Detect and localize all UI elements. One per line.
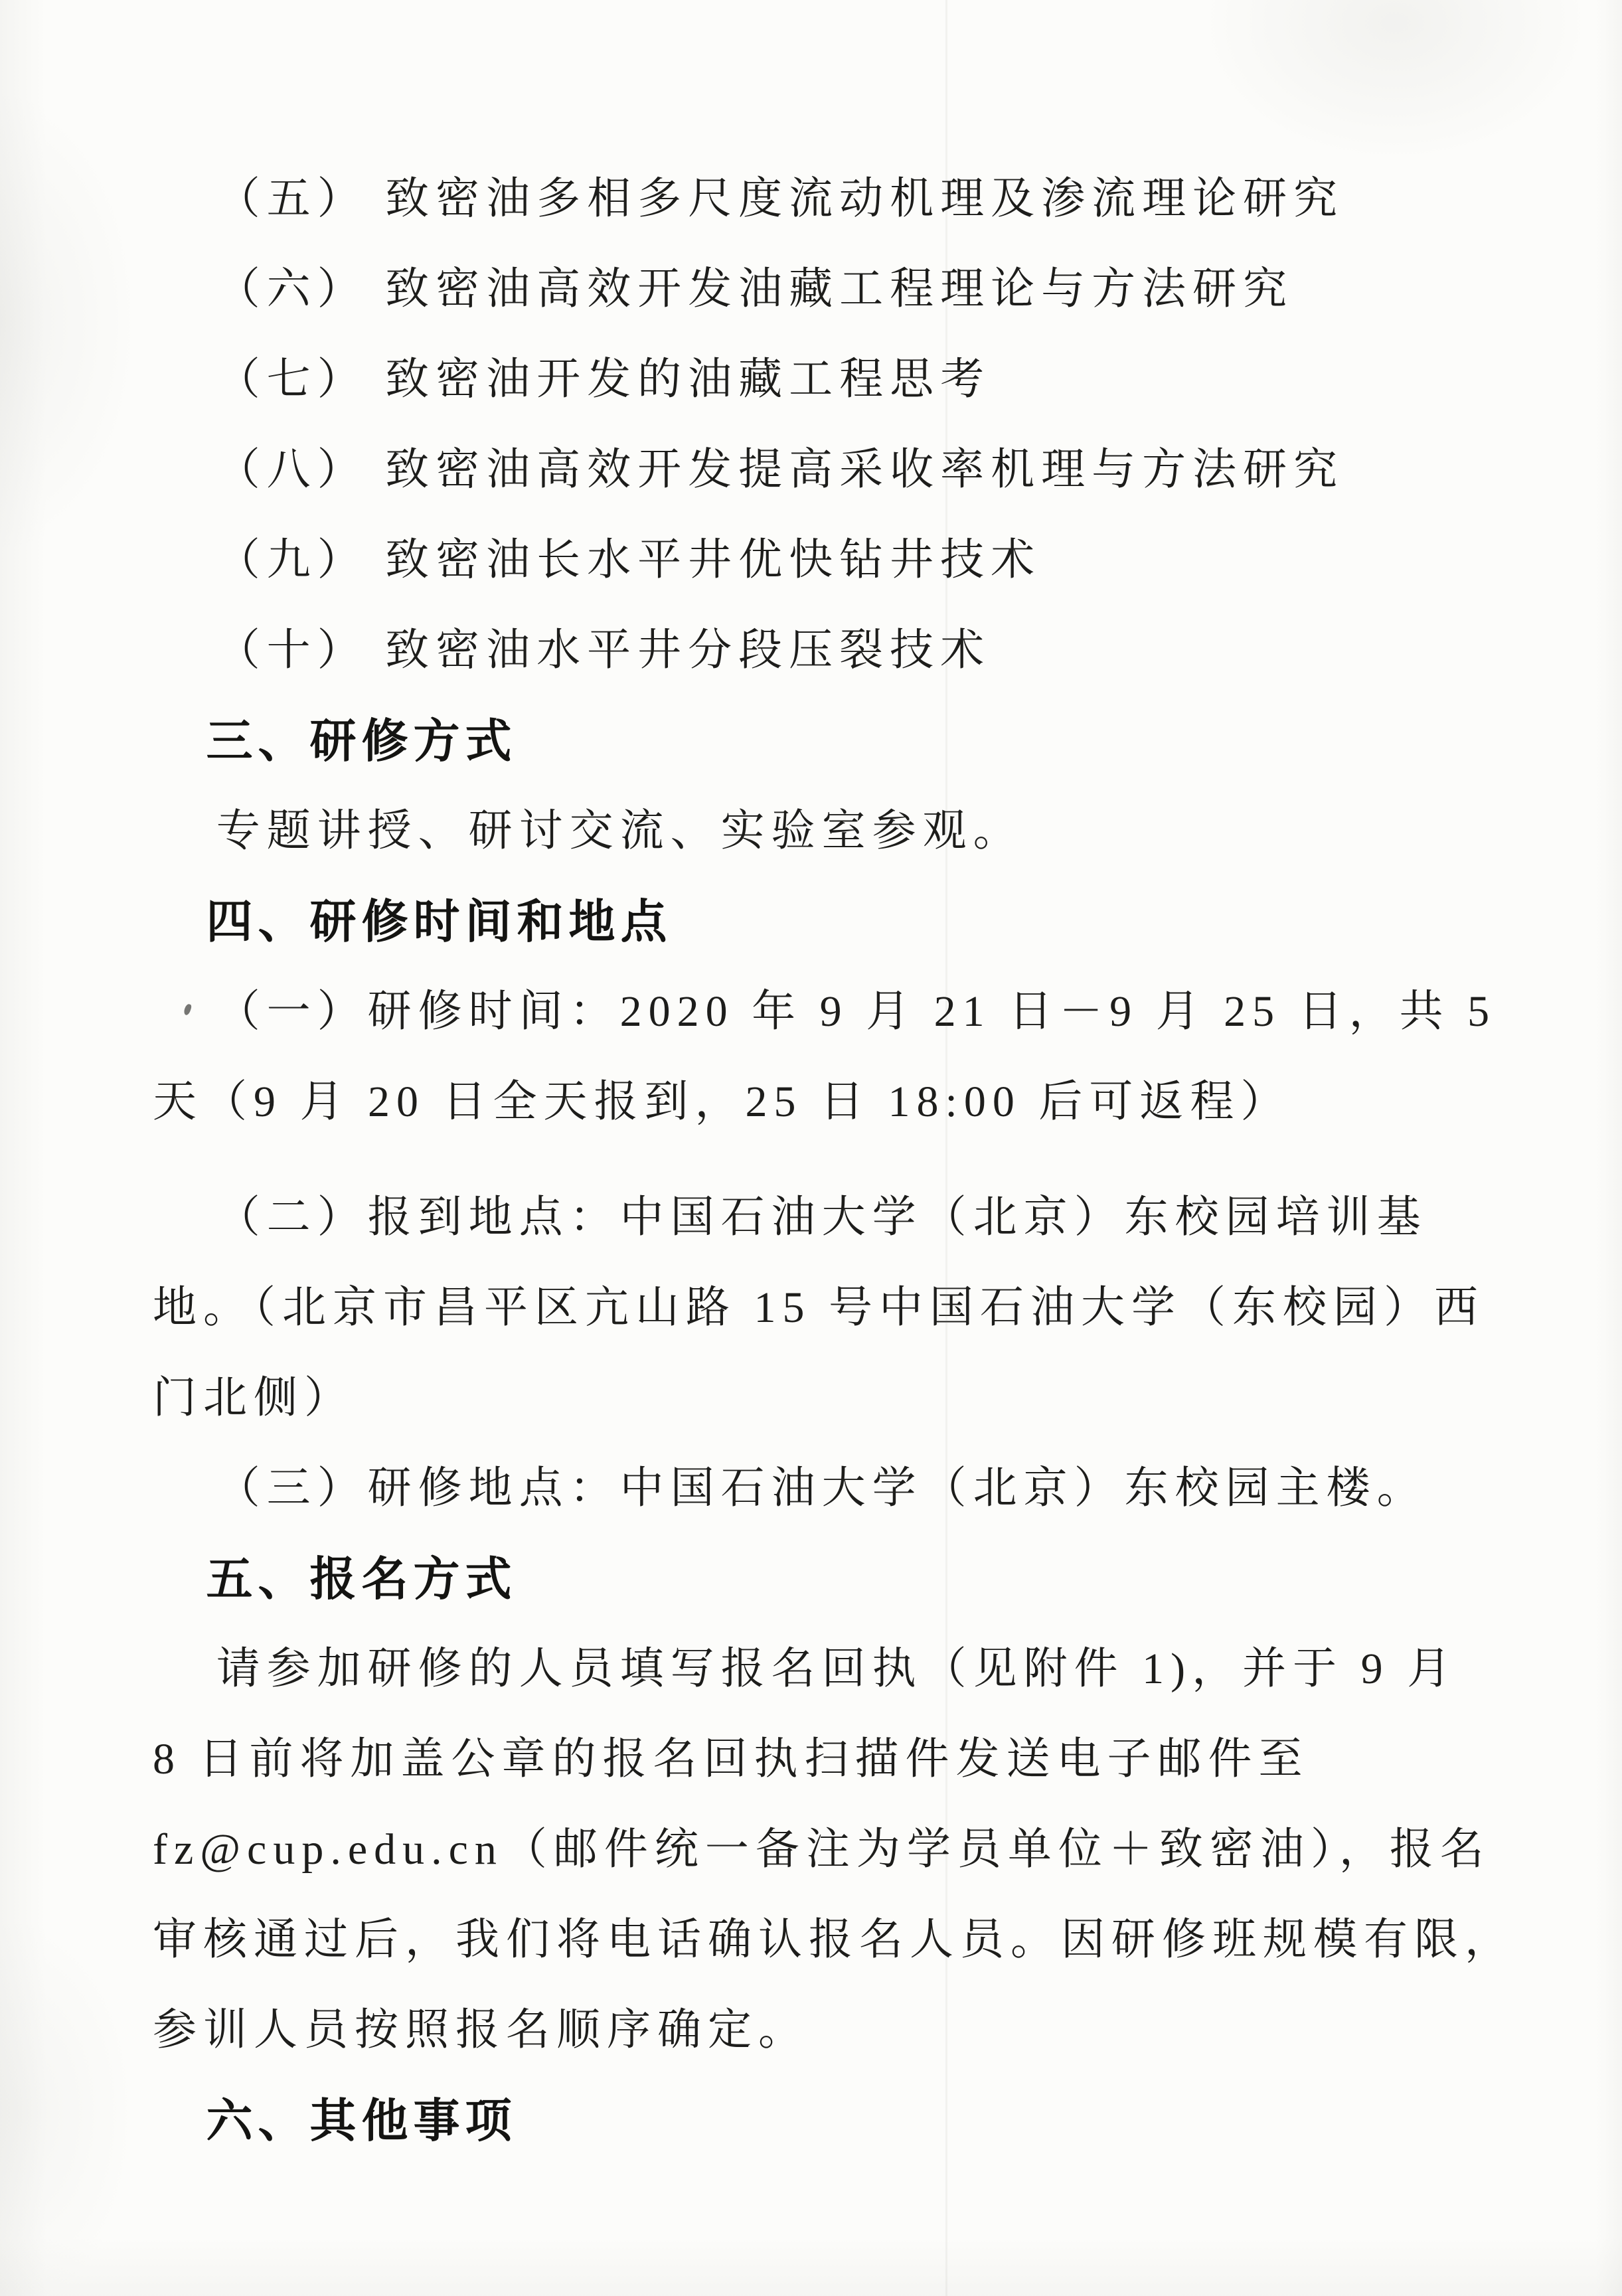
document-body: （五） 致密油多相多尺度流动机理及渗流理论研究 （六） 致密油高效开发油藏工程理… bbox=[153, 154, 1522, 2166]
topic-item-7: （七） 致密油开发的油藏工程思考 bbox=[153, 335, 1522, 425]
signup-paragraph-line-1: 请参加研修的人员填写报名回执（见附件 1)，并于 9 月 bbox=[153, 1624, 1522, 1714]
topic-item-6: （六） 致密油高效开发油藏工程理论与方法研究 bbox=[153, 244, 1522, 335]
topic-item-10: （十） 致密油水平井分段压裂技术 bbox=[153, 606, 1522, 696]
signup-paragraph-line-2: 8 日前将加盖公章的报名回执扫描件发送电子邮件至 bbox=[153, 1714, 1522, 1805]
venue-paragraph-line: （三）研修地点：中国石油大学（北京）东校园主楼。 bbox=[153, 1443, 1522, 1534]
time-paragraph-line-1: （一）研修时间：2020 年 9 月 21 日－9 月 25 日，共 5 bbox=[153, 967, 1522, 1057]
checkin-paragraph-line-3: 门北侧） bbox=[153, 1353, 1522, 1443]
heading-section-3: 三、研修方式 bbox=[153, 696, 1522, 786]
signup-paragraph-line-3: fz@cup.edu.cn（邮件统一备注为学员单位＋致密油），报名 bbox=[153, 1805, 1522, 1895]
topic-item-5: （五） 致密油多相多尺度流动机理及渗流理论研究 bbox=[153, 154, 1522, 244]
checkin-paragraph-line-1: （二）报到地点：中国石油大学（北京）东校园培训基 bbox=[153, 1173, 1522, 1263]
time-paragraph-line-2: 天（9 月 20 日全天报到，25 日 18:00 后可返程） bbox=[153, 1057, 1522, 1147]
topic-item-8: （八） 致密油高效开发提高采收率机理与方法研究 bbox=[153, 425, 1522, 515]
heading-section-5: 五、报名方式 bbox=[153, 1534, 1522, 1624]
signup-paragraph-line-4: 审核通过后，我们将电话确认报名人员。因研修班规模有限， bbox=[153, 1895, 1522, 1985]
heading-section-6: 六、其他事项 bbox=[153, 2076, 1522, 2166]
topic-item-9: （九） 致密油长水平井优快钻井技术 bbox=[153, 515, 1522, 606]
checkin-paragraph-line-2: 地。（北京市昌平区亢山路 15 号中国石油大学（东校园）西 bbox=[153, 1263, 1522, 1353]
training-mode-text: 专题讲授、研讨交流、实验室参观。 bbox=[153, 786, 1522, 876]
heading-section-4: 四、研修时间和地点 bbox=[153, 876, 1522, 967]
signup-paragraph-line-5: 参训人员按照报名顺序确定。 bbox=[153, 1985, 1522, 2076]
scanned-page: （五） 致密油多相多尺度流动机理及渗流理论研究 （六） 致密油高效开发油藏工程理… bbox=[0, 0, 1622, 2296]
